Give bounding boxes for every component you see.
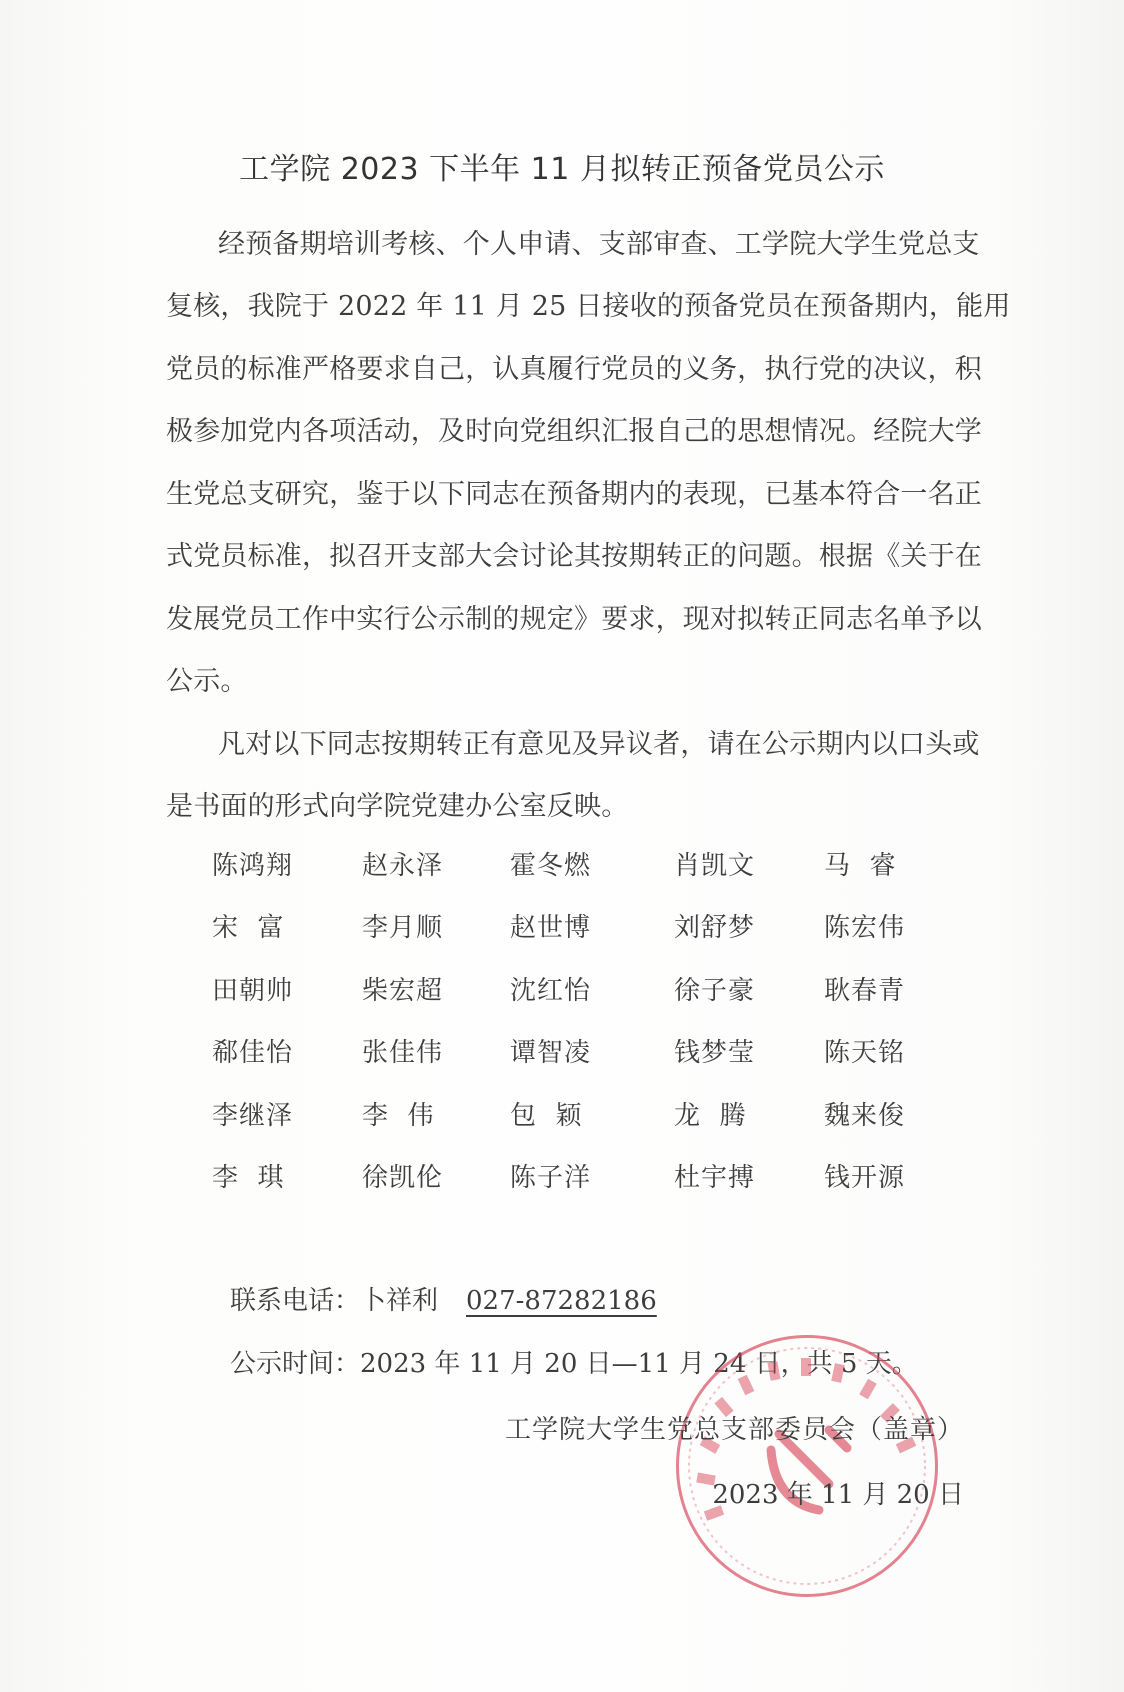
name-cell: 肖凯文 <box>674 846 755 886</box>
name-cell: 马 睿 <box>824 846 897 886</box>
contact-label: 联系电话：卜祥利 <box>230 1286 438 1316</box>
name-cell: 田朝帅 <box>212 971 293 1011</box>
name-cell: 霍冬燃 <box>510 846 591 886</box>
name-row: 宋 富 李月顺 赵世博 刘舒梦 陈宏伟 <box>212 908 932 970</box>
name-cell: 徐凯伦 <box>362 1158 443 1198</box>
paragraph-line: 极参加党内各项活动，及时向党组织汇报自己的思想情况。经院大学 <box>166 412 971 452</box>
name-cell: 陈鸿翔 <box>212 846 293 886</box>
signature-date: 2023 年 11 月 20 日 <box>712 1475 964 1515</box>
contact-line: 联系电话：卜祥利027-87282186 <box>230 1281 657 1321</box>
name-cell: 钱梦莹 <box>674 1033 755 1073</box>
name-cell: 杜宇搏 <box>674 1158 755 1198</box>
name-row: 郗佳怡 张佳伟 谭智凌 钱梦莹 陈天铭 <box>212 1033 932 1095</box>
page-title: 工学院 2023 下半年 11 月拟转正预备党员公示 <box>0 148 1124 192</box>
name-cell: 张佳伟 <box>362 1033 443 1073</box>
name-cell: 陈宏伟 <box>824 908 905 948</box>
paragraph-line: 公示。 <box>166 662 971 702</box>
name-cell: 徐子豪 <box>674 971 755 1011</box>
name-cell: 李 琪 <box>212 1158 285 1198</box>
name-row: 陈鸿翔 赵永泽 霍冬燃 肖凯文 马 睿 <box>212 846 932 908</box>
name-list: 陈鸿翔 赵永泽 霍冬燃 肖凯文 马 睿 宋 富 李月顺 赵世博 刘舒梦 陈宏伟 … <box>212 846 932 1220</box>
paragraph-line: 是书面的形式向学院党建办公室反映。 <box>166 787 971 827</box>
name-cell: 李 伟 <box>362 1096 435 1136</box>
paragraph-line: 发展党员工作中实行公示制的规定》要求，现对拟转正同志名单予以 <box>166 600 971 640</box>
name-cell: 李月顺 <box>362 908 443 948</box>
paragraph-line: 凡对以下同志按期转正有意见及异议者，请在公示期内以口头或 <box>218 725 971 765</box>
name-cell: 赵永泽 <box>362 846 443 886</box>
paragraph-line: 党员的标准严格要求自己，认真履行党员的义务，执行党的决议，积 <box>166 350 971 390</box>
publicity-period: 公示时间：2023 年 11 月 20 日—11 月 24 日，共 5 天。 <box>230 1344 918 1384</box>
name-cell: 钱开源 <box>824 1158 905 1198</box>
name-cell: 陈天铭 <box>824 1033 905 1073</box>
contact-phone: 027-87282186 <box>466 1286 657 1316</box>
name-cell: 李继泽 <box>212 1096 293 1136</box>
name-cell: 魏来俊 <box>824 1096 905 1136</box>
name-cell: 柴宏超 <box>362 971 443 1011</box>
paragraph-line: 式党员标准，拟召开支部大会讨论其按期转正的问题。根据《关于在 <box>166 537 971 577</box>
name-cell: 包 颖 <box>510 1096 583 1136</box>
name-cell: 宋 富 <box>212 908 285 948</box>
name-cell: 陈子洋 <box>510 1158 591 1198</box>
signature-organization: 工学院大学生党总支部委员会（盖章） <box>505 1410 964 1450</box>
name-row: 田朝帅 柴宏超 沈红怡 徐子豪 耿春青 <box>212 971 932 1033</box>
name-cell: 赵世博 <box>510 908 591 948</box>
document-page: 工学院 2023 下半年 11 月拟转正预备党员公示 经预备期培训考核、个人申请… <box>0 0 1124 1692</box>
name-cell: 沈红怡 <box>510 971 591 1011</box>
name-cell: 耿春青 <box>824 971 905 1011</box>
paragraph-line: 复核，我院于 2022 年 11 月 25 日接收的预备党员在预备期内，能用 <box>166 287 971 327</box>
name-row: 李 琪 徐凯伦 陈子洋 杜宇搏 钱开源 <box>212 1158 932 1220</box>
paragraph-line: 生党总支研究，鉴于以下同志在预备期内的表现，已基本符合一名正 <box>166 475 971 515</box>
name-row: 李继泽 李 伟 包 颖 龙 腾 魏来俊 <box>212 1096 932 1158</box>
name-cell: 龙 腾 <box>674 1096 747 1136</box>
name-cell: 谭智凌 <box>510 1033 591 1073</box>
paragraph-line: 经预备期培训考核、个人申请、支部审查、工学院大学生党总支 <box>218 225 971 265</box>
name-cell: 刘舒梦 <box>674 908 755 948</box>
name-cell: 郗佳怡 <box>212 1033 293 1073</box>
